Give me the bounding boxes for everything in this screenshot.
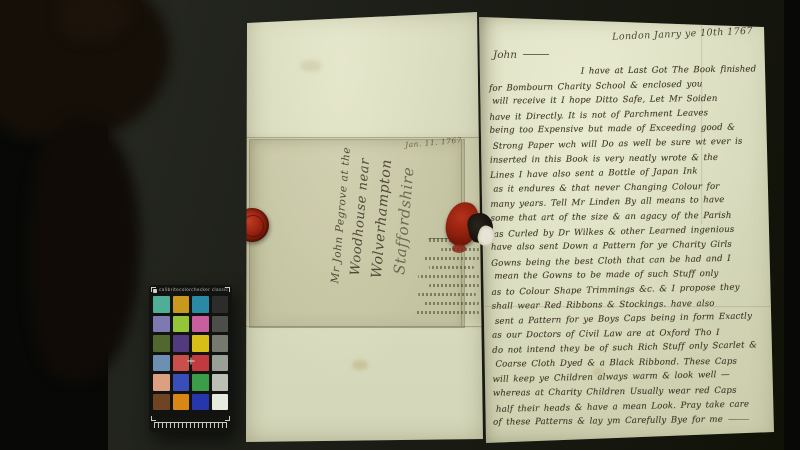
- illegible-handwriting-line: [424, 302, 479, 305]
- paper-stain: [352, 360, 368, 370]
- illegible-handwriting-line: [429, 266, 474, 269]
- patch-green: [192, 374, 209, 391]
- illegible-handwriting-line: [429, 284, 479, 287]
- patch-blue-sky: [153, 355, 170, 372]
- card-corner-mark: [151, 416, 156, 421]
- card-ruler-scale: [154, 422, 227, 428]
- calibrite-brand: calibrite: [153, 288, 179, 293]
- illegible-handwriting-line: [418, 275, 479, 278]
- patch-yellow: [192, 335, 209, 352]
- salutation: John: [493, 49, 549, 61]
- patch-purplish-blue: [173, 374, 190, 391]
- brand-label: calibrite: [159, 288, 179, 293]
- patch-neutral-8: [212, 374, 229, 391]
- patch-bluish-green: [153, 296, 170, 313]
- letter-recto-sheet: London Janry ye 10th 1767 John I have at…: [477, 14, 777, 446]
- patch-neutral-5: [212, 335, 229, 352]
- illegible-handwriting-line: [415, 311, 479, 314]
- patch-blue-flower: [153, 316, 170, 333]
- patch-white: [212, 394, 229, 411]
- flourish-dash: [523, 54, 549, 55]
- letter-body: I have at Last Got The Book finishedfor …: [489, 62, 769, 430]
- card-corner-mark: [151, 287, 156, 292]
- patch-yellow-green: [173, 316, 190, 333]
- card-center-cross-icon: [187, 358, 194, 365]
- patch-purple: [173, 335, 190, 352]
- patch-orange-yellow: [173, 296, 190, 313]
- wax-smear: [452, 244, 466, 253]
- illegible-handwriting-line: [423, 257, 479, 260]
- patch-neutral-6-5: [212, 355, 229, 372]
- patch-cyan: [192, 296, 209, 313]
- patch-black: [212, 296, 229, 313]
- patch-blue: [192, 394, 209, 411]
- letter-date-line: London Janry ye 10th 1767: [553, 26, 753, 46]
- patch-light-skin: [153, 374, 170, 391]
- color-patch-grid: [153, 296, 228, 410]
- colorchecker-header: calibrite colorchecker classic: [149, 285, 232, 294]
- illegible-handwriting-line: [418, 293, 477, 296]
- product-label: colorchecker classic: [179, 288, 228, 293]
- patch-neutral-3-5: [212, 316, 229, 333]
- patch-red: [192, 355, 209, 372]
- patch-magenta: [192, 316, 209, 333]
- salutation-text: John: [493, 49, 517, 61]
- patch-orange: [173, 394, 190, 411]
- patch-dark-skin: [153, 394, 170, 411]
- paper-stain: [592, 368, 604, 377]
- paper-stain: [300, 60, 322, 72]
- colorchecker-card: calibrite colorchecker classic: [149, 285, 232, 432]
- patch-foliage: [153, 335, 170, 352]
- card-corner-mark: [225, 287, 230, 292]
- card-corner-mark: [225, 416, 230, 421]
